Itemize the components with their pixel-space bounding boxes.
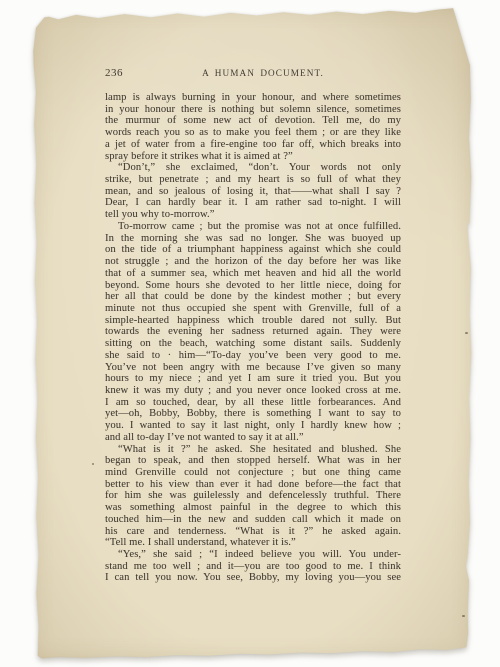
text-line: “What is it ?” he asked. She hesitated a… (105, 444, 401, 456)
text-line: on the tide of a triumphant happiness ag… (105, 244, 401, 256)
text-line: spray before it strikes what it is aimed… (105, 151, 401, 163)
text-line: stand me too well ; and it—you are too g… (105, 561, 401, 573)
text-line: words reach you so as to make you feel t… (105, 127, 401, 139)
ink-speck (465, 332, 468, 334)
text-line: You’ve not been angry with me because I’… (105, 362, 401, 374)
text-line: “Tell me. I shall understand, whatever i… (105, 537, 401, 549)
text-line: the murmur of some new act of devotion. … (105, 115, 401, 127)
text-line: simple-hearted happiness which trouble d… (105, 315, 401, 327)
text-line: minute not thus occupied she spent with … (105, 303, 401, 315)
text-line: lamp is always burning in your honour, a… (105, 92, 401, 104)
text-line: not struggle ; and the horizon of the da… (105, 256, 401, 268)
text-line: a jet of water from a fire-engine too fa… (105, 139, 401, 151)
book-page-scan: 236 A HUMAN DOCUMENT. lamp is always bur… (0, 0, 500, 667)
text-line: tell you why to-morrow.” (105, 209, 401, 221)
text-line: you. I wanted to say it last night, only… (105, 420, 401, 432)
text-line: touched him—in the new and sudden call w… (105, 514, 401, 526)
running-head: 236 A HUMAN DOCUMENT. (105, 67, 401, 80)
paper-page: 236 A HUMAN DOCUMENT. lamp is always bur… (32, 7, 473, 659)
text-line: “Yes,” she said ; “I indeed believe you … (105, 549, 401, 561)
text-line: that of a summer sea, which met heaven a… (105, 268, 401, 280)
text-line: yet—oh, Bobby, Bobby, there is something… (105, 408, 401, 420)
text-line: better to his view than ever it had done… (105, 479, 401, 491)
text-line: In the morning she was sad no longer. Sh… (105, 233, 401, 245)
ink-speck (92, 463, 94, 465)
text-line: in your honour there is nothing but sole… (105, 104, 401, 116)
text-line: her all that could be done by the kindes… (105, 291, 401, 303)
text-line: I am so touched, dear, by all these litt… (105, 397, 401, 409)
text-line: Dear, I can hardly bear it. I am rather … (105, 197, 401, 209)
text-line: was something almost painful in the degr… (105, 502, 401, 514)
text-line: towards the evening her sadness returned… (105, 326, 401, 338)
text-block: lamp is always burning in your honour, a… (105, 92, 401, 584)
text-line: and all to-day I’ve not wanted to say it… (105, 432, 401, 444)
text-line: mind Grenville could not conjecture ; bu… (105, 467, 401, 479)
text-line: began to speak, and then stopped herself… (105, 455, 401, 467)
text-line: strike, but penetrate ; and my heart is … (105, 174, 401, 186)
text-line: she said to · him—“To-day you’ve been ve… (105, 350, 401, 362)
text-line: hours to my niece ; and yet I am sure it… (105, 373, 401, 385)
text-line: I can tell you now. You see, Bobby, my l… (105, 572, 401, 584)
running-title: A HUMAN DOCUMENT. (115, 67, 411, 80)
text-line: To-morrow came ; but the promise was not… (105, 221, 401, 233)
ink-speck (462, 615, 465, 617)
page-shadow-wrapper: 236 A HUMAN DOCUMENT. lamp is always bur… (32, 7, 473, 659)
text-line: knew it was my duty ; and you never once… (105, 385, 401, 397)
text-line: “Don’t,” she exclaimed, “don’t. Your wor… (105, 162, 401, 174)
text-line: sitting on the beach, watching some dist… (105, 338, 401, 350)
text-line: his care and tenderness. “What is it ?” … (105, 526, 401, 538)
text-line: beyond. Some hours she devoted to her li… (105, 280, 401, 292)
text-line: for him she was guilelessly and defencel… (105, 490, 401, 502)
text-line: mean, and so jealous of losing it, that—… (105, 186, 401, 198)
